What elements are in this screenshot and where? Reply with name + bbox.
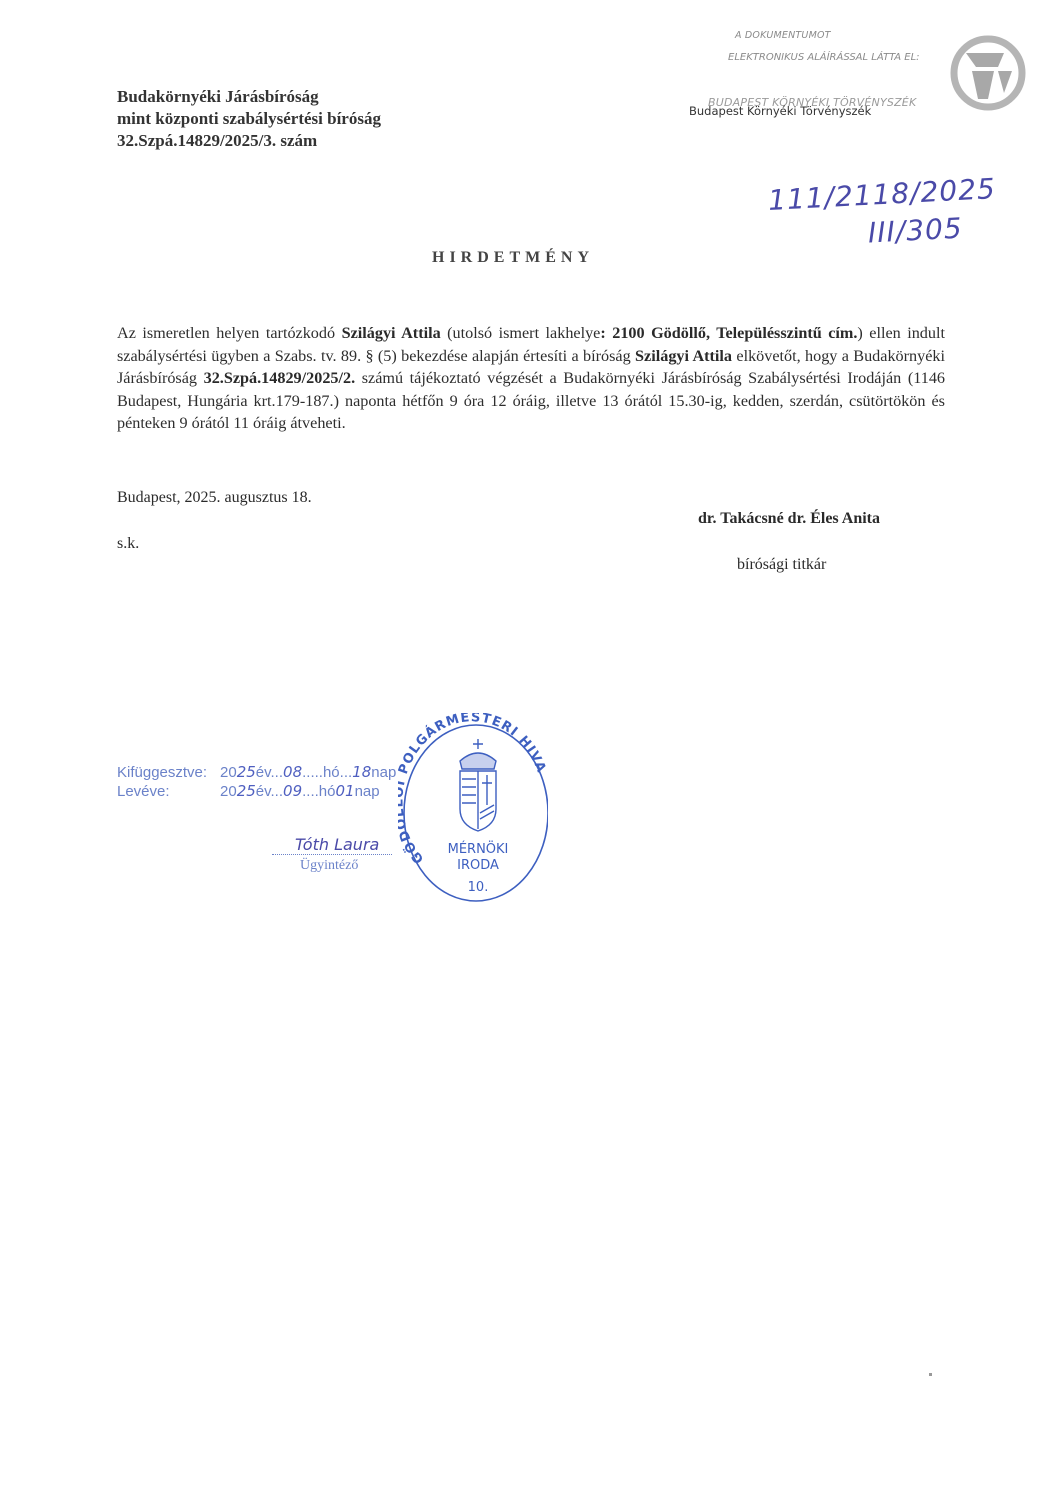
body-paragraph: Az ismeretlen helyen tartózkodó Szilágyi…	[117, 322, 945, 435]
nap-label: nap	[371, 764, 396, 781]
removed-year-prefix: 20	[220, 783, 237, 800]
posted-date-row: Kifüggesztve:2025év...08.....hó...18nap	[117, 763, 396, 781]
scan-speck	[929, 1373, 932, 1376]
removed-month: 09	[283, 782, 302, 800]
bold-text: Szilágyi Attila	[342, 324, 441, 342]
signer-role: bírósági titkár	[737, 556, 826, 574]
removed-label: Levéve:	[117, 783, 220, 800]
ho-label: hó	[323, 764, 340, 781]
removed-date-row: Levéve:2025év...09....hó01nap	[117, 782, 380, 800]
bold-text: Szilágyi Attila	[635, 347, 732, 365]
posted-label: Kifüggesztve:	[117, 764, 220, 781]
removed-year: 25	[237, 782, 256, 800]
posted-year: 25	[237, 763, 256, 781]
posted-month: 08	[283, 763, 302, 781]
hungarian-coat-of-arms-icon	[460, 739, 496, 831]
officer-signature: Tóth Laura	[295, 835, 379, 854]
seal-line1: MÉRNÖKI	[448, 840, 509, 857]
posted-day: 18	[352, 763, 371, 781]
officer-label: Ügyintéző	[300, 858, 358, 874]
handwritten-ref-line1: 111/2118/2025	[767, 172, 996, 217]
seal-line2: IRODA	[457, 858, 499, 873]
esignature-line4: Budapest Környéki Törvényszék	[689, 104, 871, 118]
ho-label: hó	[319, 783, 336, 800]
sk-mark: s.k.	[117, 535, 139, 553]
esignature-line2: ELEKTRONIKUS ALÁÍRÁSSAL LÁTTA EL:	[728, 52, 920, 63]
handwritten-ref-line2: III/305	[867, 212, 963, 250]
office-seal: GÖDÖLLŐI POLGÁRMESTERI HIVATAL MÉRNÖKI I…	[398, 713, 548, 903]
text: Az ismeretlen helyen tartózkodó	[117, 324, 342, 342]
document-title: HIRDETMÉNY	[432, 249, 594, 267]
esignature-line1: A DOKUMENTUMOT	[735, 30, 831, 41]
case-number: 32.Szpá.14829/2025/3. szám	[117, 130, 381, 152]
ev-label: év	[256, 764, 271, 781]
court-header: Budakörnyéki Járásbíróság mint központi …	[117, 86, 381, 152]
place-date: Budapest, 2025. augusztus 18.	[117, 489, 312, 507]
ev-label: év	[256, 783, 271, 800]
bold-text: : 2100 Gödöllő, Településszintű cím.	[600, 324, 857, 342]
posted-year-prefix: 20	[220, 764, 237, 781]
court-name: Budakörnyéki Járásbíróság	[117, 86, 381, 108]
court-subtitle: mint központi szabálysértési bíróság	[117, 108, 381, 130]
seal-number: 10.	[468, 880, 489, 895]
removed-day: 01	[335, 782, 354, 800]
bold-text: 32.Szpá.14829/2025/2.	[204, 369, 356, 387]
court-logo-icon	[948, 33, 1028, 113]
signature-line	[272, 854, 392, 855]
nap-label: nap	[355, 783, 380, 800]
text: (utolsó ismert lakhelye	[441, 324, 601, 342]
signer-name: dr. Takácsné dr. Éles Anita	[698, 510, 880, 528]
